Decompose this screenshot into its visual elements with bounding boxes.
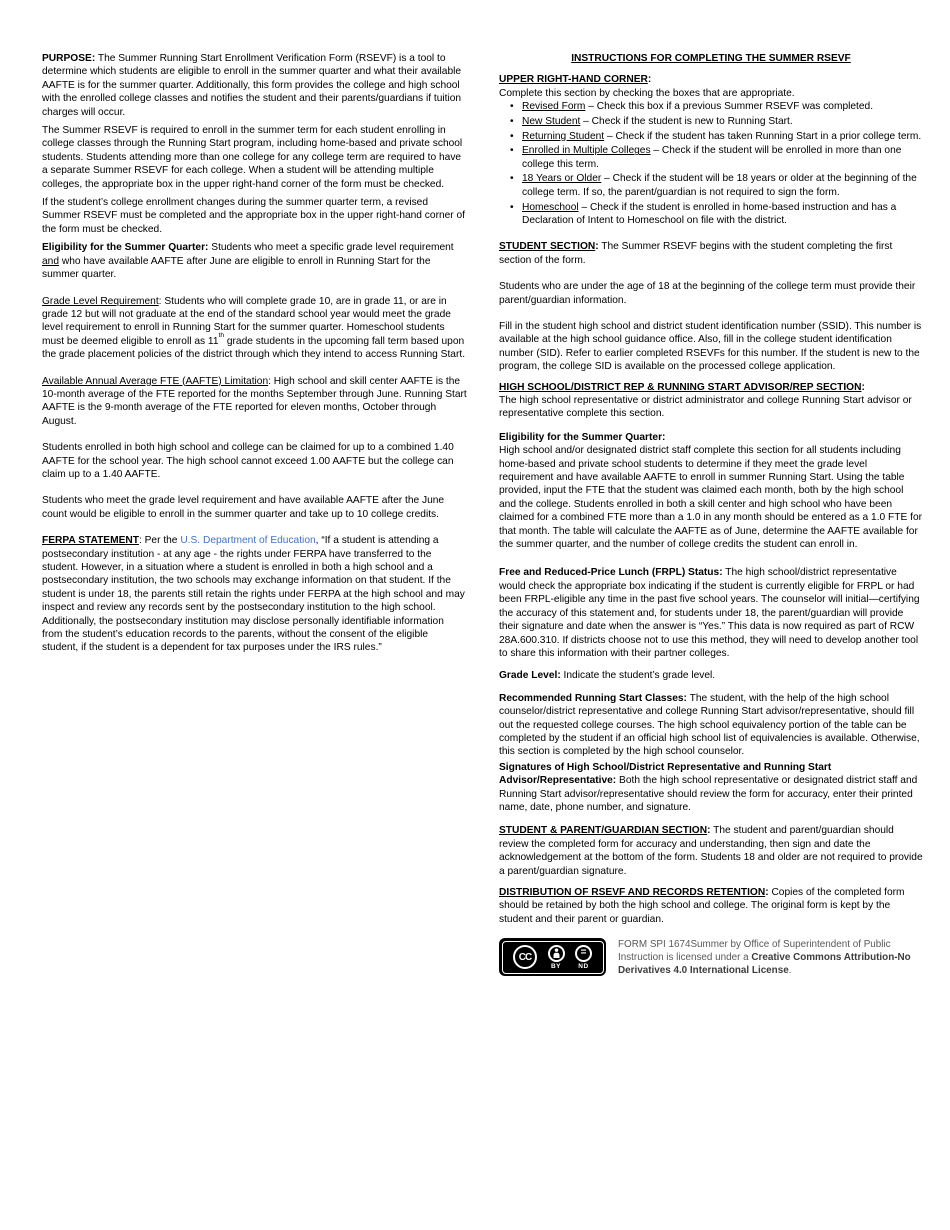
text-run: The high school/district representative … xyxy=(499,567,920,658)
by-label: BY xyxy=(551,963,561,970)
text-run: Complete this section by checking the bo… xyxy=(499,88,795,99)
text-run: : xyxy=(648,74,651,85)
paragraph: The Summer RSEVF is required to enroll i… xyxy=(42,124,467,191)
paragraph: Grade Level Requirement: Students who wi… xyxy=(42,295,467,362)
text-run: UPPER RIGHT-HAND CORNER xyxy=(499,74,648,85)
section-heading: Eligibility for the Summer Quarter: xyxy=(499,431,923,444)
paragraph: If the student’s college enrollment chan… xyxy=(42,196,467,236)
paragraph: DISTRIBUTION OF RSEVF AND RECORDS RETENT… xyxy=(499,886,923,926)
text-run: – Check if the student has taken Running… xyxy=(604,131,921,142)
text-run: The Summer Running Start Enrollment Veri… xyxy=(42,53,461,118)
text-run: New Student xyxy=(522,116,580,127)
paragraph: Recommended Running Start Classes: The s… xyxy=(499,692,923,759)
paragraph: Students who are under the age of 18 at … xyxy=(499,280,923,307)
text-run: and xyxy=(42,256,59,267)
paragraph: STUDENT & PARENT/GUARDIAN SECTION: The s… xyxy=(499,824,923,878)
text-run: – Check if the student is enrolled in ho… xyxy=(522,202,896,226)
cc-nd-item: = ND xyxy=(575,945,592,970)
text-run: Students who meet a specific grade level… xyxy=(208,242,453,253)
text-run: Students who are under the age of 18 at … xyxy=(499,281,915,305)
text-run: Indicate the student’s grade level. xyxy=(561,670,715,681)
cc-by-nd-badge: CC BY = ND xyxy=(499,938,606,976)
paragraph: Signatures of High School/District Repre… xyxy=(499,761,923,815)
text-run: STUDENT & PARENT/GUARDIAN SECTION xyxy=(499,825,707,836)
text-run: Returning Student xyxy=(522,131,604,142)
bullet-item: Returning Student – Check if the student… xyxy=(499,130,923,143)
text-run: PURPOSE: xyxy=(42,53,95,64)
text-run: The Summer RSEVF is required to enroll i… xyxy=(42,125,462,190)
text-run: The high school representative or distri… xyxy=(499,395,912,419)
bullet-item: Homeschool – Check if the student is enr… xyxy=(499,201,923,228)
text-run: Eligibility for the Summer Quarter: xyxy=(499,432,665,443)
text-run: : Per the xyxy=(139,535,180,546)
text-run: : xyxy=(861,382,864,393)
document-page: PURPOSE: The Summer Running Start Enroll… xyxy=(0,0,950,1230)
text-run: DISTRIBUTION OF RSEVF AND RECORDS RETENT… xyxy=(499,887,765,898)
text-run: 18 Years or Older xyxy=(522,173,601,184)
text-run: who have available AAFTE after June are … xyxy=(42,256,431,280)
text-run: Revised Form xyxy=(522,101,585,112)
license-footer: CC BY = ND xyxy=(499,938,923,977)
section-body: High school and/or designated district s… xyxy=(499,444,923,551)
text-run: Available Annual Average FTE (AAFTE) Lim… xyxy=(42,376,268,387)
bullet-item: New Student – Check if the student is ne… xyxy=(499,115,923,128)
paragraph: Complete this section by checking the bo… xyxy=(499,87,923,100)
instructions-title-text: INSTRUCTIONS FOR COMPLETING THE SUMMER R… xyxy=(571,53,851,64)
paragraph: Free and Reduced-Price Lunch (FRPL) Stat… xyxy=(499,566,923,660)
text-run: , “If a student is attending a postsecon… xyxy=(42,535,465,653)
section-heading: HIGH SCHOOL/DISTRICT REP & RUNNING START… xyxy=(499,381,923,394)
section: HIGH SCHOOL/DISTRICT REP & RUNNING START… xyxy=(499,381,923,421)
paragraph: Grade Level: Indicate the student’s grad… xyxy=(499,669,923,682)
cc-by-item: BY xyxy=(548,945,565,970)
section-heading: UPPER RIGHT-HAND CORNER: xyxy=(499,73,923,86)
paragraph: PURPOSE: The Summer Running Start Enroll… xyxy=(42,52,467,119)
cc-logo-icon: CC xyxy=(513,945,537,969)
text-run: Students enrolled in both high school an… xyxy=(42,442,454,480)
paragraph: Available Annual Average FTE (AAFTE) Lim… xyxy=(42,375,467,429)
text-run: Homeschool xyxy=(522,202,579,213)
text-run: Fill in the student high school and dist… xyxy=(499,321,921,372)
paragraph: STUDENT SECTION: The Summer RSEVF begins… xyxy=(499,240,923,267)
text-run: Grade Level: xyxy=(499,670,561,681)
text-run: Enrolled in Multiple Colleges xyxy=(522,145,651,156)
license-text: FORM SPI 1674Summer by Office of Superin… xyxy=(618,938,923,977)
text-run: STUDENT SECTION xyxy=(499,241,595,252)
text-run: – Check this box if a previous Summer RS… xyxy=(585,101,873,112)
cc-badge-inner: CC BY = ND xyxy=(502,941,604,974)
text-run: FERPA STATEMENT xyxy=(42,535,139,546)
right-column: INSTRUCTIONS FOR COMPLETING THE SUMMER R… xyxy=(499,52,923,1230)
text-run: th xyxy=(219,332,225,339)
text-run: – Check if the student is new to Running… xyxy=(580,116,792,127)
paragraph: Eligibility for the Summer Quarter: Stud… xyxy=(42,241,467,281)
left-column: PURPOSE: The Summer Running Start Enroll… xyxy=(42,52,467,1230)
text-run: Eligibility for the Summer Quarter: xyxy=(42,242,208,253)
text-run: HIGH SCHOOL/DISTRICT REP & RUNNING START… xyxy=(499,382,861,393)
cc-logo-text: CC xyxy=(519,951,531,964)
equals-icon: = xyxy=(575,945,592,962)
text-run: If the student’s college enrollment chan… xyxy=(42,197,465,235)
section-body: The high school representative or distri… xyxy=(499,394,923,421)
right-column-body: UPPER RIGHT-HAND CORNER:Complete this se… xyxy=(499,73,923,926)
bullet-list: Revised Form – Check this box if a previ… xyxy=(499,100,923,227)
section: Eligibility for the Summer Quarter:High … xyxy=(499,431,923,552)
text-run: . xyxy=(789,965,792,976)
bullet-item: 18 Years or Older – Check if the student… xyxy=(499,172,923,199)
paragraph: FERPA STATEMENT: Per the U.S. Department… xyxy=(42,534,467,655)
text-run: High school and/or designated district s… xyxy=(499,445,922,550)
us-doe-link[interactable]: U.S. Department of Education xyxy=(180,535,315,546)
bullet-item: Revised Form – Check this box if a previ… xyxy=(499,100,923,113)
text-run: Recommended Running Start Classes: xyxy=(499,693,687,704)
text-run: Free and Reduced-Price Lunch (FRPL) Stat… xyxy=(499,567,723,578)
paragraph: Students enrolled in both high school an… xyxy=(42,441,467,481)
text-run: Grade Level Requirement xyxy=(42,296,159,307)
text-run: Students who meet the grade level requir… xyxy=(42,495,444,519)
paragraph: Students who meet the grade level requir… xyxy=(42,494,467,521)
paragraph: Fill in the student high school and dist… xyxy=(499,320,923,374)
bullet-item: Enrolled in Multiple Colleges – Check if… xyxy=(499,144,923,171)
person-icon xyxy=(548,945,565,962)
nd-label: ND xyxy=(578,963,588,970)
instructions-title: INSTRUCTIONS FOR COMPLETING THE SUMMER R… xyxy=(499,52,923,65)
equals-glyph: = xyxy=(581,948,587,958)
